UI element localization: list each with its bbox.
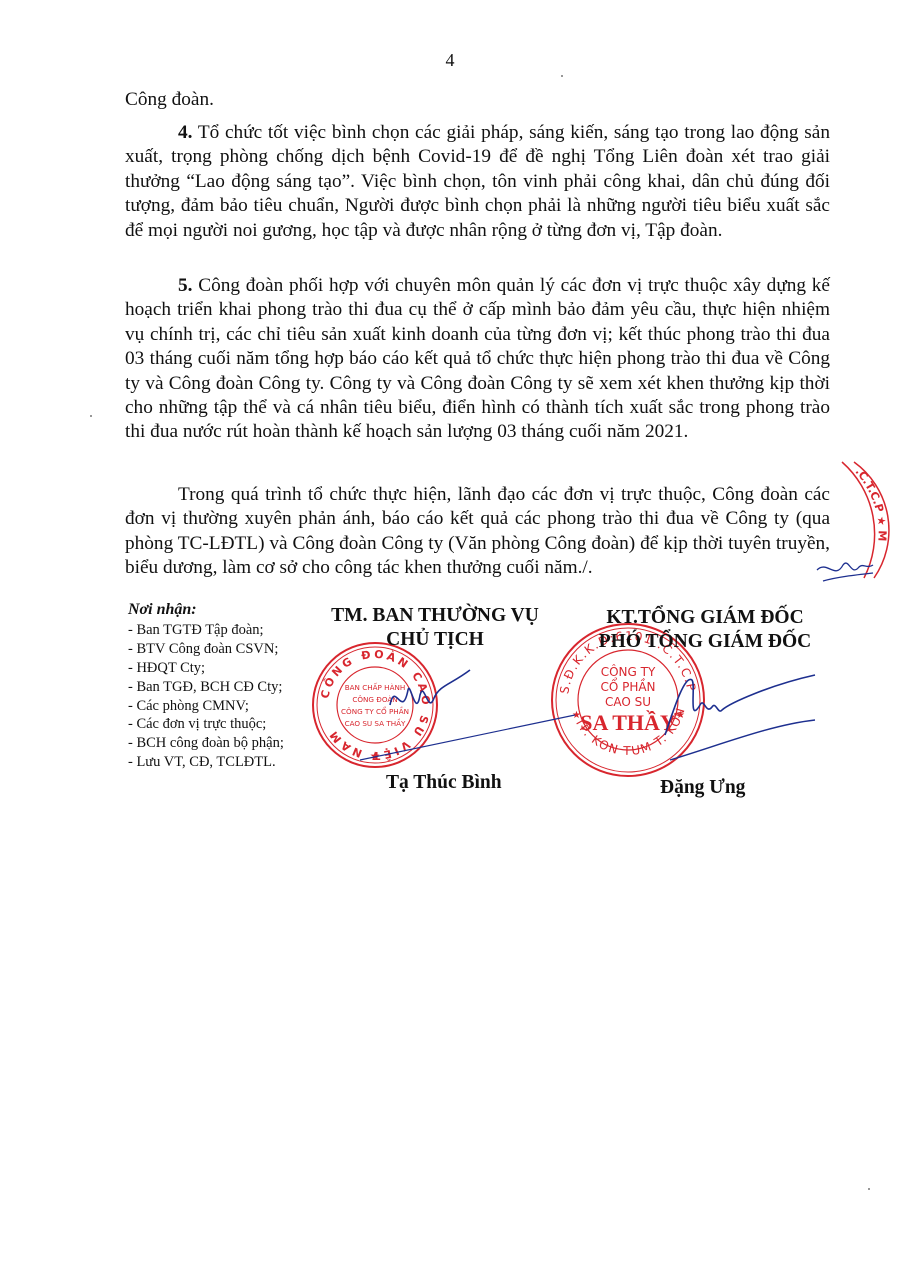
scan-speck xyxy=(90,415,92,417)
signer-name-union: Tạ Thúc Bình xyxy=(386,772,502,794)
scan-speck xyxy=(868,1188,870,1190)
signature-right xyxy=(660,665,820,765)
closing-text: Trong quá trình tổ chức thực hiện, lãnh … xyxy=(125,483,830,581)
edge-seal-text: .C.T.C.P ★ M xyxy=(853,465,889,541)
page-initials xyxy=(815,555,875,585)
paragraph-item-4: 4. Tổ chức tốt việc bình chọn các giải p… xyxy=(125,121,830,243)
recipients-block: Nơi nhận: - Ban TGTĐ Tập đoàn; - BTV Côn… xyxy=(128,601,284,772)
item-5-text: Công đoàn phối hợp với chuyên môn quản l… xyxy=(125,275,830,442)
continuation-text: Công đoàn. xyxy=(125,88,830,112)
paragraph-item-5: 5. Công đoàn phối hợp với chuyên môn quả… xyxy=(125,274,830,445)
recipient-item: - Ban TGĐ, BCH CĐ Cty; xyxy=(128,678,284,697)
recipient-item: - HĐQT Cty; xyxy=(128,659,284,678)
signer-title-line1: TM. BAN THƯỜNG VỤ xyxy=(305,604,565,628)
signer-name-company: Đặng Ưng xyxy=(660,777,745,799)
signature-left xyxy=(350,660,580,770)
recipient-item: - Các đơn vị trực thuộc; xyxy=(128,715,284,734)
signer-title-line2: PHÓ TỔNG GIÁM ĐỐC xyxy=(575,630,835,654)
stamp-inner-line: CÔNG TY xyxy=(601,664,656,679)
svg-text:.C.T.C.P ★ M: .C.T.C.P ★ M xyxy=(853,465,889,541)
page-number: 4 xyxy=(0,50,900,71)
recipient-item: - BCH công đoàn bộ phận; xyxy=(128,734,284,753)
recipient-item: - Lưu VT, CĐ, TCLĐTL. xyxy=(128,753,284,772)
continuation-line: Công đoàn. xyxy=(125,88,830,112)
recipient-item: - Ban TGTĐ Tập đoàn; xyxy=(128,621,284,640)
recipient-item: - BTV Công đoàn CSVN; xyxy=(128,640,284,659)
item-4-text: Tổ chức tốt việc bình chọn các giải pháp… xyxy=(125,122,830,241)
scan-speck xyxy=(561,75,563,77)
signature-block-company: KT.TỔNG GIÁM ĐỐC PHÓ TỔNG GIÁM ĐỐC xyxy=(575,606,835,654)
closing-paragraph: Trong quá trình tổ chức thực hiện, lãnh … xyxy=(125,483,830,581)
signer-title-line2: CHỦ TỊCH xyxy=(305,628,565,652)
stamp-inner-line: CỔ PHẦN xyxy=(600,678,655,694)
signature-block-union: TM. BAN THƯỜNG VỤ CHỦ TỊCH xyxy=(305,604,565,652)
signer-title-line1: KT.TỔNG GIÁM ĐỐC xyxy=(575,606,835,630)
recipient-item: - Các phòng CMNV; xyxy=(128,697,284,716)
item-4-number: 4. xyxy=(178,122,192,143)
stamp-inner-line: CAO SU xyxy=(605,695,651,709)
item-5-number: 5. xyxy=(178,275,192,296)
recipients-title: Nơi nhận: xyxy=(128,601,284,620)
